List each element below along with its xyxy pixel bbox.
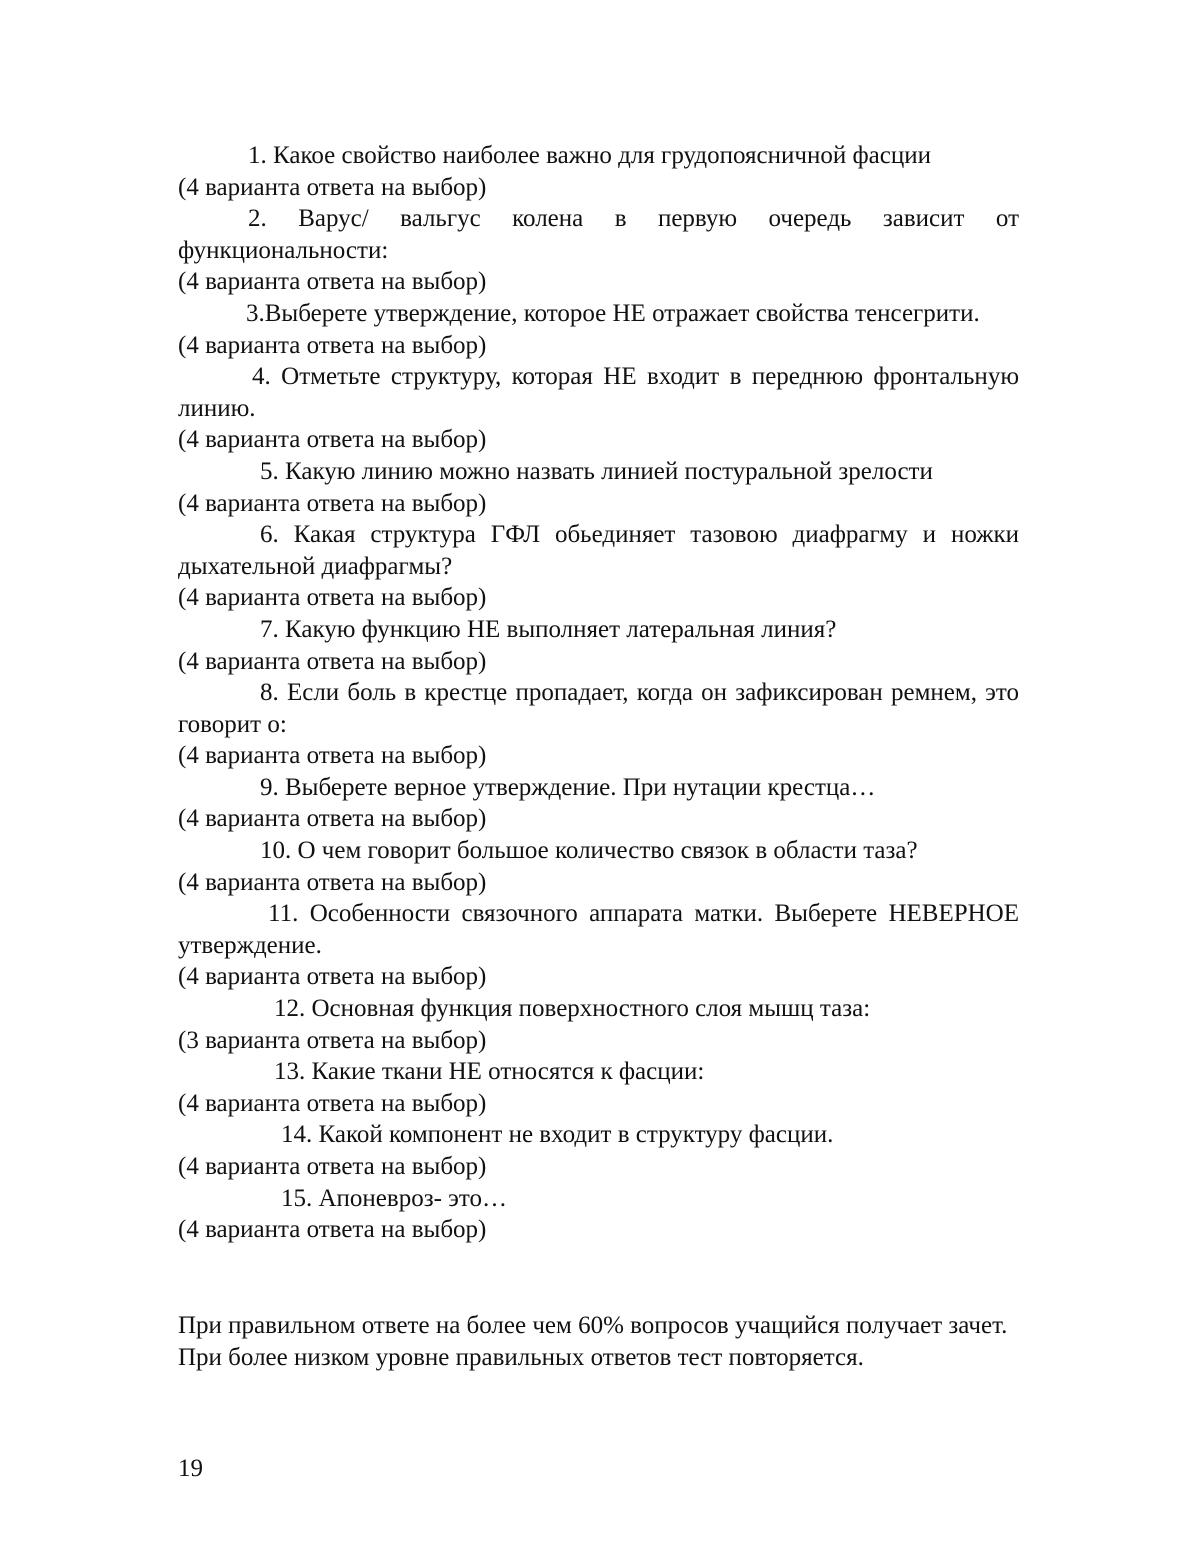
question-body: Отметьте структуру, которая НЕ входит в …	[178, 363, 1019, 422]
question-item: 8. Если боль в крестце пропадает, когда …	[178, 677, 1019, 772]
options-count-note: (4 варианта ответа на выбор)	[178, 424, 1019, 456]
question-body: Какую линию можно назвать линией постура…	[285, 458, 933, 485]
question-item: 13. Какие ткани НЕ относятся к фасции:(4…	[178, 1056, 1019, 1119]
question-item: 3.Выберете утверждение, которое НЕ отраж…	[178, 298, 1019, 361]
question-text: 3.Выберете утверждение, которое НЕ отраж…	[178, 298, 1019, 330]
question-number: 3.	[246, 300, 265, 327]
question-number: 13.	[274, 1058, 305, 1085]
question-number: 7.	[260, 616, 279, 643]
question-body: Если боль в крестце пропадает, когда он …	[178, 679, 1019, 738]
question-item: 4. Отметьте структуру, которая НЕ входит…	[178, 361, 1019, 456]
question-body: Какие ткани НЕ относятся к фасции:	[312, 1058, 705, 1085]
question-text: 12. Основная функция поверхностного слоя…	[178, 993, 1019, 1025]
question-number: 14.	[281, 1121, 312, 1148]
question-number: 15.	[281, 1185, 312, 1212]
options-count-note: (4 варианта ответа на выбор)	[178, 266, 1019, 298]
question-text: 8. Если боль в крестце пропадает, когда …	[178, 677, 1019, 740]
question-number: 12.	[274, 995, 305, 1022]
question-body: Особенности связочного аппарата матки. В…	[178, 900, 1019, 959]
question-body: Основная функция поверхностного слоя мыш…	[312, 995, 871, 1022]
options-count-note: (4 варианта ответа на выбор)	[178, 488, 1019, 520]
options-count-note: (3 варианта ответа на выбор)	[178, 1025, 1019, 1057]
question-body: Какую функцию НЕ выполняет латеральная л…	[285, 616, 836, 643]
question-body: Апоневроз- это…	[319, 1185, 508, 1212]
question-text: 10. О чем говорит большое количество свя…	[178, 835, 1019, 867]
options-count-note: (4 варианта ответа на выбор)	[178, 172, 1019, 204]
options-count-note: (4 варианта ответа на выбор)	[178, 803, 1019, 835]
question-text: 15. Апоневроз- это…	[178, 1183, 1019, 1215]
question-list: 1. Какое свойство наиболее важно для гру…	[178, 140, 1019, 1246]
options-count-note: (4 варианта ответа на выбор)	[178, 961, 1019, 993]
question-item: 7. Какую функцию НЕ выполняет латеральна…	[178, 614, 1019, 677]
question-number: 8.	[260, 679, 279, 706]
question-text: 11. Особенности связочного аппарата матк…	[178, 898, 1019, 961]
options-count-note: (4 варианта ответа на выбор)	[178, 1214, 1019, 1246]
question-item: 5. Какую линию можно назвать линией пост…	[178, 456, 1019, 519]
question-body: О чем говорит большое количество связок …	[298, 837, 918, 864]
options-count-note: (4 варианта ответа на выбор)	[178, 646, 1019, 678]
options-count-note: (4 варианта ответа на выбор)	[178, 330, 1019, 362]
question-text: 14. Какой компонент не входит в структур…	[178, 1119, 1019, 1151]
question-item: 10. О чем говорит большое количество свя…	[178, 835, 1019, 898]
question-item: 6. Какая структура ГФЛ обьединяет тазово…	[178, 519, 1019, 614]
page-number: 19	[178, 1453, 203, 1485]
question-number: 6.	[260, 521, 279, 548]
question-item: 12. Основная функция поверхностного слоя…	[178, 993, 1019, 1056]
question-number: 11.	[268, 900, 298, 927]
question-body: Варус/ вальгус колена в первую очередь з…	[178, 205, 1019, 264]
question-text: 9. Выберете верное утверждение. При нута…	[178, 772, 1019, 804]
question-number: 2.	[248, 205, 267, 232]
question-number: 10.	[260, 837, 291, 864]
question-item: 9. Выберете верное утверждение. При нута…	[178, 772, 1019, 835]
question-body: Выберете утверждение, которое НЕ отражае…	[265, 300, 980, 327]
question-body: Какое свойство наиболее важно для грудоп…	[273, 142, 931, 169]
question-number: 4.	[252, 363, 271, 390]
options-count-note: (4 варианта ответа на выбор)	[178, 582, 1019, 614]
question-item: 11. Особенности связочного аппарата матк…	[178, 898, 1019, 993]
question-number: 5.	[260, 458, 279, 485]
options-count-note: (4 варианта ответа на выбор)	[178, 1088, 1019, 1120]
question-item: 14. Какой компонент не входит в структур…	[178, 1119, 1019, 1182]
question-text: 13. Какие ткани НЕ относятся к фасции:	[178, 1056, 1019, 1088]
question-body: Какая структура ГФЛ обьединяет тазовою д…	[178, 521, 1019, 580]
question-text: 1. Какое свойство наиболее важно для гру…	[178, 140, 1019, 172]
question-item: 15. Апоневроз- это…(4 варианта ответа на…	[178, 1183, 1019, 1246]
question-text: 5. Какую линию можно назвать линией пост…	[178, 456, 1019, 488]
options-count-note: (4 варианта ответа на выбор)	[178, 1151, 1019, 1183]
question-text: 7. Какую функцию НЕ выполняет латеральна…	[178, 614, 1019, 646]
question-body: Какой компонент не входит в структуру фа…	[319, 1121, 834, 1148]
grading-note: При правильном ответе на более чем 60% в…	[178, 1310, 1019, 1373]
question-body: Выберете верное утверждение. При нутации…	[285, 774, 875, 801]
question-text: 4. Отметьте структуру, которая НЕ входит…	[178, 361, 1019, 424]
question-text: 2. Варус/ вальгус колена в первую очеред…	[178, 203, 1019, 266]
question-item: 1. Какое свойство наиболее важно для гру…	[178, 140, 1019, 203]
question-text: 6. Какая структура ГФЛ обьединяет тазово…	[178, 519, 1019, 582]
question-number: 9.	[260, 774, 279, 801]
question-number: 1.	[248, 142, 267, 169]
options-count-note: (4 варианта ответа на выбор)	[178, 867, 1019, 899]
options-count-note: (4 варианта ответа на выбор)	[178, 740, 1019, 772]
question-item: 2. Варус/ вальгус колена в первую очеред…	[178, 203, 1019, 298]
